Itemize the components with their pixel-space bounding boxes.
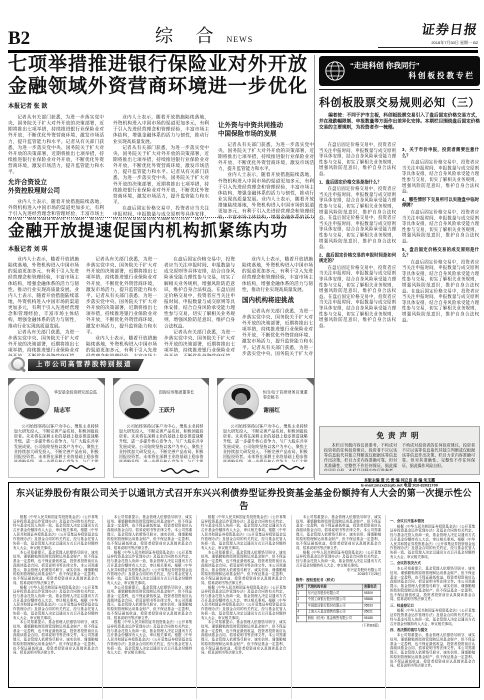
lead-col-3: 让外资与中资共同推动 中国保险市场的发展 记者从有关部门获悉，为进一步落实党中央… [218, 114, 314, 220]
side-col-1: 在盘后固定价格交易中，投资者应当关注申报时间、申报数量与成交原则等具体安排，结合… [319, 142, 396, 422]
side-article-title: 科创板股票交易规则必知（三） [319, 94, 480, 110]
column-divider [314, 55, 315, 480]
second-headline: 金融开放提速促国内机构抓紧练内功 [8, 222, 314, 240]
announcement-continue-note: （下转B3版） [296, 623, 381, 627]
executive-title: 恒生电子首席财务官兼董事会秘书 [263, 390, 308, 404]
masthead: 证券日报 2018年7月30日 星期一 B2 [378, 19, 478, 48]
side-col-2: 3、关于市价申报，投资者需要注意什么？ 在盘后固定价格交易中，投资者应当关注申报… [402, 142, 479, 422]
fund-announcement: 东兴证券股份有限公司关于以通讯方式召开东兴兴利债券型证券投资基金基金份额持有人大… [8, 482, 480, 688]
executive-name: 陆志军 [54, 406, 99, 414]
banner-column-name: 科创板投教专栏 [350, 71, 475, 81]
signature-icon [264, 463, 306, 476]
newspaper-page: B2 综 合 NEWS 证券日报 2018年7月30日 星期一 B2 七项举措推… [0, 0, 484, 700]
disclaimer-body: 本栏目刊载内容仅供参考，不构成对投资者的任何投资建议，投资者不应以该等信息取代其… [324, 443, 475, 471]
announcement-headline: 东兴证券股份有限公司关于以通讯方式召开东兴兴利债券型证券投资基金基金份额持有人大… [13, 486, 475, 512]
side-rule [319, 89, 480, 90]
announcement-col-1: 根据《中华人民共和国证券投资基金法》《公开募集证券投资基金运作管理办法》及基金合… [13, 515, 98, 699]
executive-card: 华安基金投资研究部总监 陆志军 公司始终坚持以客户为中心，聚焦主业持续加大研发投… [8, 378, 105, 478]
signature-icon [55, 463, 97, 476]
masthead-logo: 证券日报 [421, 19, 480, 38]
qa-question: 1、盘后固定价格交易是指什么？ [319, 179, 396, 185]
side-body: 在盘后固定价格交易中，投资者应当关注申报时间、申报数量与成交原则等具体安排，结合… [319, 142, 480, 422]
second-col-2: 记者从有关部门获悉，为进一步落实党中央、国务院关于扩大对外开放的决策部署，近期将… [86, 256, 157, 356]
magnifier-icon [8, 357, 24, 373]
star-market-banner: “走进科创 你我同行” 科创板投教专栏 [319, 56, 480, 86]
distributor-table: 序号 代销机构名称 客服电话 1东兴证券股份有限公司95309 2中国工商银行股… [296, 584, 381, 622]
second-body: 业内人士表示，随着开放措施陆续落地，外资机构进入中国市场的渠道更加多元，有利于引… [8, 256, 314, 356]
announcement-col-2: 本公司郑重提示，基金管理人依照恪尽职守、诚实信用、谨慎勤勉的原则管理和运用基金财… [102, 515, 192, 699]
second-col-1: 业内人士表示，随着开放措施陆续落地，外资机构进入中国市场的渠道更加多元，有利于引… [8, 256, 79, 356]
page-number: B2 [8, 29, 30, 48]
signature-icon [159, 463, 201, 476]
qa-question: 4、哪些情形下交易所可以实施盘中临时停牌？ [402, 197, 479, 209]
side-intro: 编者按：不同于沪市主板，科创板股票交易引入了盘后固定价格交易方式，并在涨跌幅限制… [319, 112, 480, 139]
banner-slogan: “走进科创 你我同行” [350, 61, 475, 71]
second-col-3: 在盘后固定价格交易中，投资者应当关注申报时间、申报数量与成交原则等具体安排，结合… [164, 256, 235, 356]
masthead-dateline: 2018年7月30日 星期一 B2 [378, 40, 478, 48]
qa-question: 3、关于市价申报，投资者需要注意什么？ [402, 147, 479, 159]
qa-question: 2、盘后固定价格交易的申报时间是如何规定的？ [319, 252, 396, 264]
portrait-photo [119, 384, 155, 420]
feature-section: 上市公司高管荐股特别报道 华安基金投资研究部总监 陆志军 公司始终坚持以客户为中… [8, 357, 314, 478]
qa-question: 5、盘后固定价格交易的成交原则是什么？ [402, 247, 479, 259]
second-byline: 本报记者 刘 琪 [8, 244, 314, 253]
announcement-section: 二、会议的表决方式 [390, 561, 475, 565]
executive-card: 恒生电子首席财务官兼董事会秘书 谢丽红 公司始终坚持以客户为中心，聚焦主业持续加… [217, 378, 314, 478]
lead-col-1: 记者从有关部门获悉，为进一步落实党中央、国务院关于扩大对外开放的决策部署，近期将… [8, 114, 104, 220]
announcement-attachment: 附件：授权委托书（样式） [296, 578, 381, 582]
announcement-date: 2018年7月28日 [296, 572, 381, 576]
side-column: “走进科创 你我同行” 科创板投教专栏 科创板股票交易规则必知（三） 编者按：不… [319, 56, 480, 490]
lead-subhead-2b: 中国保险市场的发展 [218, 130, 314, 138]
executive-quote: 公司始终坚持以客户为中心，聚焦主业持续加大研发投入，不断完善产品布局，积极回报投… [14, 424, 99, 462]
executive-quote: 公司始终坚持以客户为中心，聚焦主业持续加大研发投入，不断完善产品布局，积极回报投… [119, 424, 204, 462]
executive-card: 国海证券集团董事长 王跃升 公司始终坚持以客户为中心，聚焦主业持续加大研发投入，… [113, 378, 210, 478]
announcement-section: 一、会议召开基本情况 [390, 519, 475, 523]
header-rule [8, 50, 478, 53]
section-title-zh: 综 合 [155, 26, 223, 46]
section-title-en: NEWS [227, 35, 254, 44]
portrait-photo [14, 384, 50, 420]
portrait-photo [223, 384, 259, 420]
second-article: 金融开放提速促国内机构抓紧练内功 本报记者 刘 琪 业内人士表示，随着开放措施陆… [8, 217, 314, 356]
executive-cards: 华安基金投资研究部总监 陆志军 公司始终坚持以客户为中心，聚焦主业持续加大研发投… [8, 378, 314, 478]
announcement-section: 四、表决票的填写与提交 [390, 628, 475, 632]
announcement-section: 三、权益登记日 [390, 603, 475, 607]
announcement-col-4: 本公司郑重提示，基金管理人依照恪尽职守、诚实信用、谨慎勤勉的原则管理和运用基金财… [291, 515, 381, 699]
page-header: B2 综 合 NEWS 证券日报 2018年7月30日 星期一 B2 [8, 18, 478, 48]
executive-name: 谢丽红 [263, 406, 308, 414]
lead-col-2: 业内人士表示，随着开放措施陆续落地，外资机构进入中国市场的渠道更加多元，有利于引… [113, 114, 209, 220]
announcement-col-3: 根据《中华人民共和国证券投资基金法》《公开募集证券投资基金运作管理办法》及基金合… [196, 515, 286, 699]
section-title: 综 合 NEWS [30, 22, 378, 48]
second-col-4: 业内人士表示，随着开放措施陆续落地，外资机构进入中国市场的渠道更加多元，有利于引… [242, 256, 313, 356]
lead-headline-line2: 金融领域外资营商环境进一步优化 [8, 76, 314, 98]
disclaimer-box: 免责声明 本栏目刊载内容仅供参考，不构成对投资者的任何投资建议，投资者不应以该等… [319, 426, 480, 475]
executive-quote: 公司始终坚持以客户为中心，聚焦主业持续加大研发投入，不断完善产品布局，积极回报投… [223, 424, 308, 462]
executive-title: 国海证券集团董事长 [159, 390, 204, 404]
second-subhead-2: 国内机构将迎挑战 [242, 296, 313, 304]
lead-byline: 本报记者 张 歆 [8, 101, 314, 110]
announcement-col-5: 一、会议召开基本情况 根据《中华人民共和国证券投资基金法》《公开募集证券投资基金… [385, 515, 475, 699]
announcement-body: 根据《中华人民共和国证券投资基金法》《公开募集证券投资基金运作管理办法》及基金合… [13, 515, 475, 699]
globe-icon [324, 60, 346, 82]
lead-article: 七项举措推进银行保险业对外开放 金融领域外资营商环境进一步优化 本报记者 张 歆… [8, 54, 314, 220]
lead-headline-line1: 七项举措推进银行保险业对外开放 [8, 54, 314, 76]
disclaimer-title: 免责声明 [324, 430, 475, 441]
feature-banner: 上市公司高管荐股特别报道 [8, 357, 314, 373]
executive-title: 华安基金投资研究部总监 [54, 390, 99, 404]
executive-name: 王跃升 [159, 406, 204, 414]
lead-body: 记者从有关部门获悉，为进一步落实党中央、国务院关于扩大对外开放的决策部署，近期将… [8, 114, 314, 220]
lead-subhead-1b: 外资控股理财公司 [8, 187, 104, 195]
feature-ribbon-label: 上市公司高管荐股特别报道 [28, 359, 144, 371]
